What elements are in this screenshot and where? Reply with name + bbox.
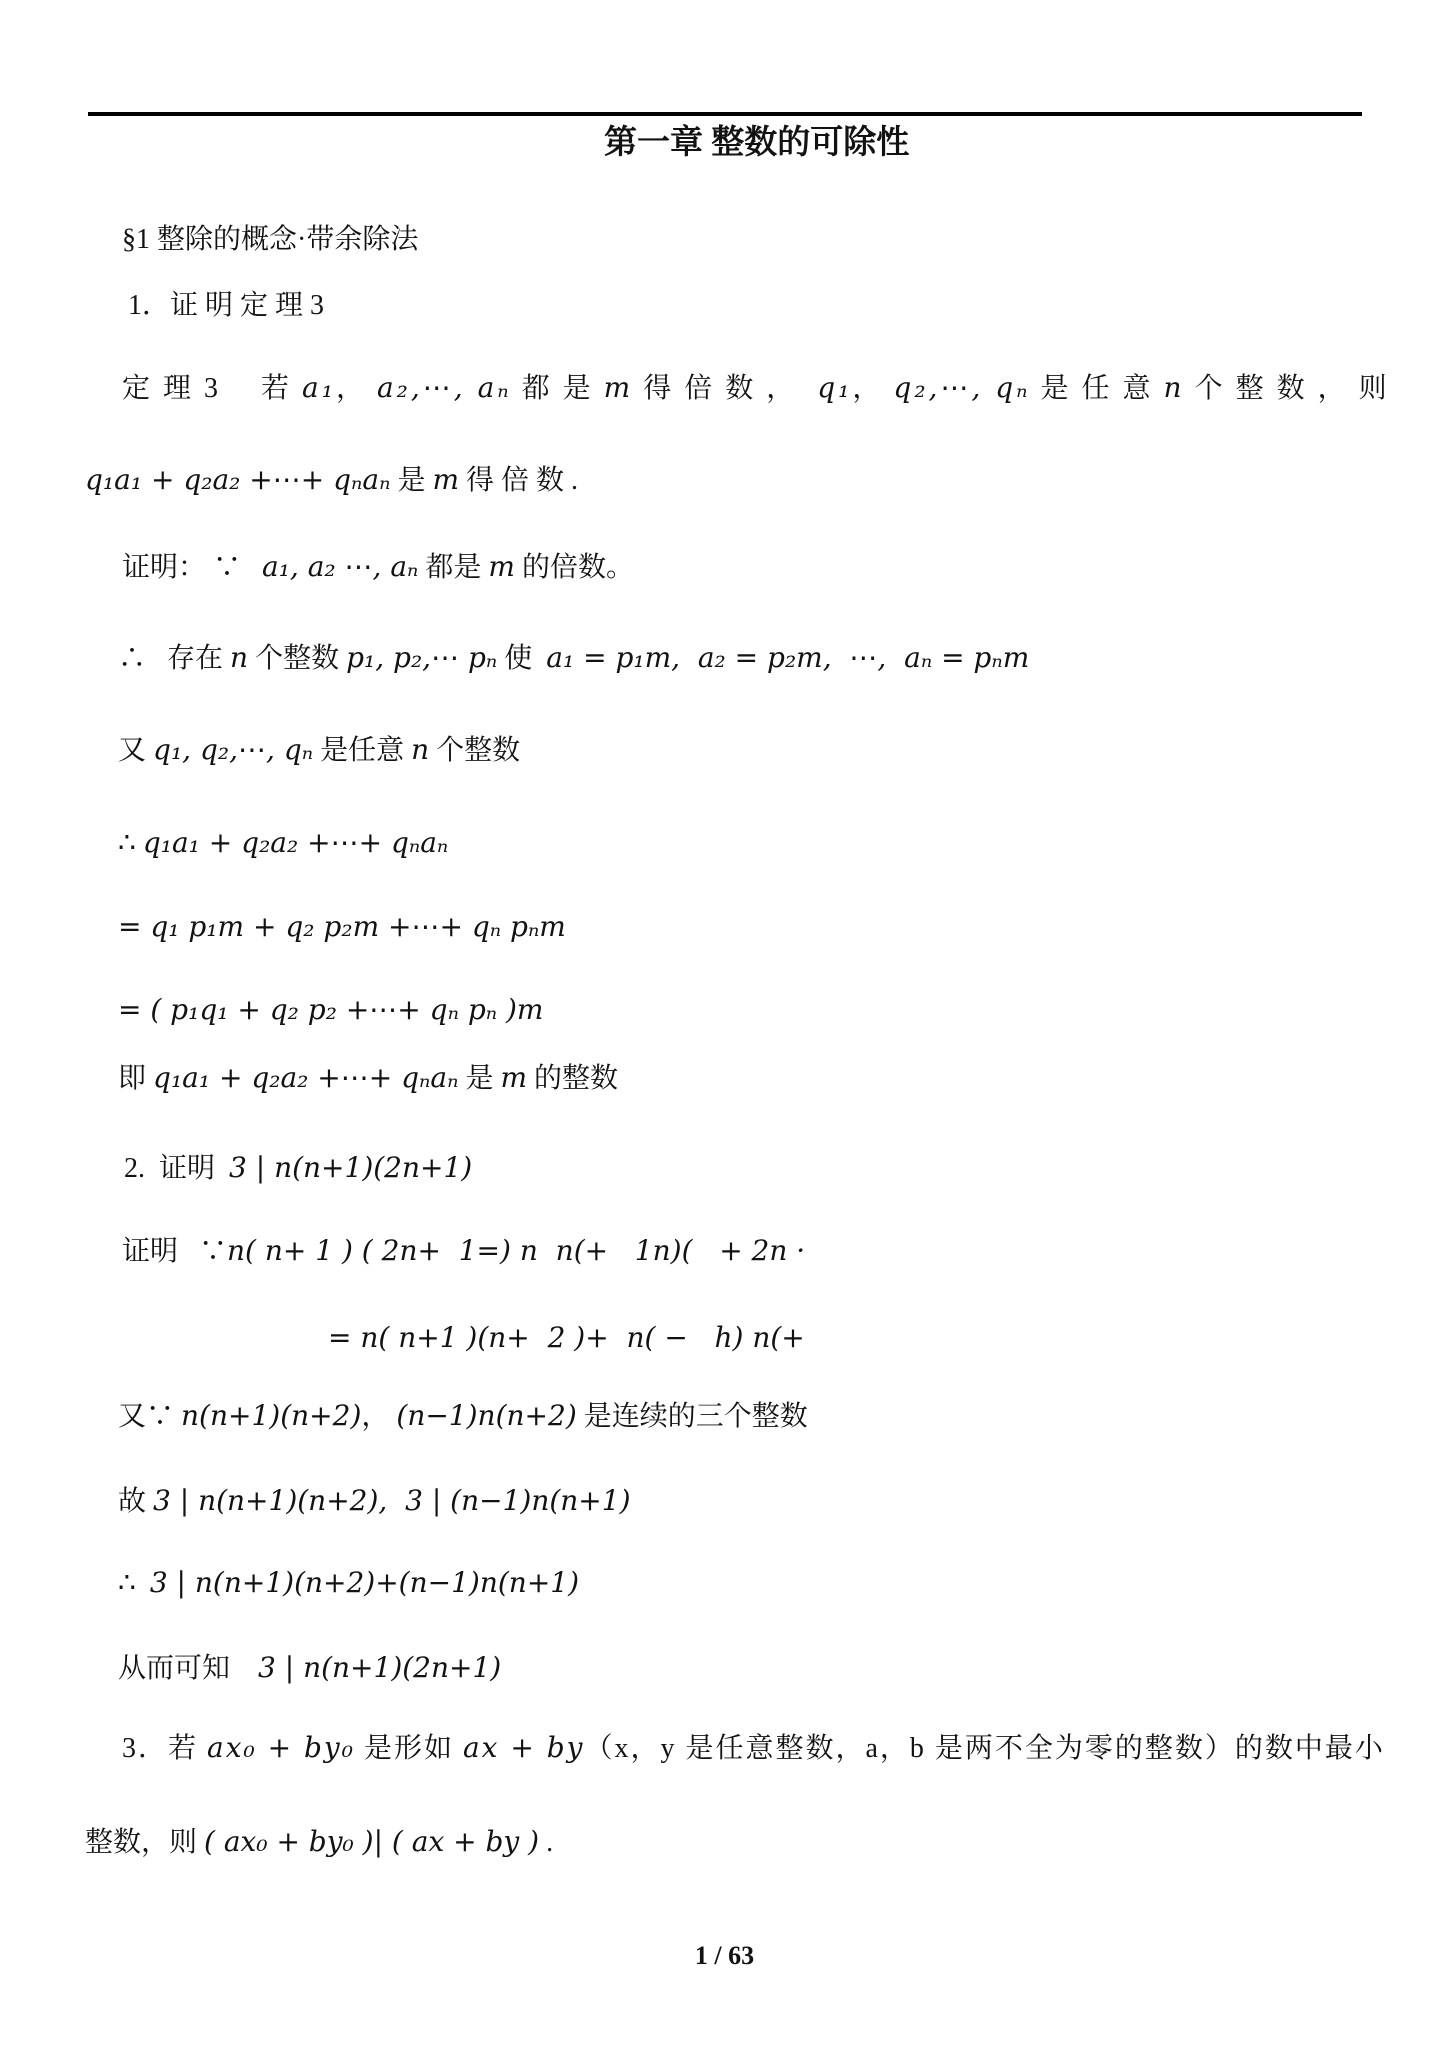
text-segment: 的整数 bbox=[527, 1063, 618, 1094]
math-segment: q₁a₁ + q₂a₂ +⋯+ qₙaₙ bbox=[143, 826, 448, 859]
math-segment: m bbox=[500, 1061, 527, 1094]
math-segment: = q₁ p₁m + q₂ p₂m +⋯+ qₙ pₙm bbox=[118, 910, 566, 943]
text-segment: ， bbox=[852, 373, 893, 404]
math-segment: 3 | n(n+1)(2n+1) bbox=[258, 1651, 501, 1684]
math-segment: m bbox=[488, 550, 515, 583]
text-segment: 定 理 3 若 bbox=[122, 373, 302, 404]
text-segment: 的倍数。 bbox=[515, 552, 634, 583]
text-line: = n( n+1 )(n+ 2 )+ n( − h) n(+ bbox=[328, 1320, 805, 1357]
text-line: 定 理 3 若 a₁， a₂,⋯, aₙ 都 是 m 得 倍 数 ， q₁， q… bbox=[122, 370, 1390, 407]
page-number: 1 / 63 bbox=[0, 1941, 1449, 1971]
text-line: §1 整除的概念·带余除法 bbox=[122, 222, 418, 258]
text-segment: 个整数 bbox=[248, 643, 346, 674]
text-line: 2. 证明 3 | n(n+1)(2n+1) bbox=[124, 1150, 472, 1187]
text-segment: （x，y 是任意整数，a，b 是两不全为零的整数）的数中最小 bbox=[584, 1733, 1384, 1764]
text-segment: 是 bbox=[458, 1063, 500, 1094]
text-line: 证明 ∵n( n+ 1 ) ( 2n+ 1=) n n(+ 1n)( + 2n … bbox=[122, 1233, 805, 1270]
text-segment: 得 倍 数 ， bbox=[633, 373, 817, 404]
text-line: 从而可知 3 | n(n+1)(2n+1) bbox=[118, 1650, 501, 1687]
text-segment: 个整数 bbox=[429, 735, 520, 766]
math-segment: (n−1)n(n+2) bbox=[396, 1399, 576, 1432]
text-segment: 3．若 bbox=[122, 1733, 207, 1764]
text-segment: ∴ bbox=[118, 828, 143, 859]
math-segment: q₁a₁ + q₂a₂ +⋯+ qₙaₙ bbox=[153, 1061, 458, 1094]
math-segment: q₁a₁ + q₂a₂ +⋯+ qₙaₙ bbox=[85, 463, 390, 496]
text-segment: 使 bbox=[497, 643, 546, 674]
text-segment: 从而可知 bbox=[118, 1653, 258, 1684]
text-segment: 证明 ∵ bbox=[122, 1236, 227, 1267]
text-segment: 都是 bbox=[418, 552, 488, 583]
text-segment: 证明： ∵ bbox=[122, 552, 262, 583]
text-line: ∴ 存在 n 个整数 p₁, p₂,⋯ pₙ 使 a₁ = p₁m, a₂ = … bbox=[118, 640, 1029, 677]
text-line: 1．证 明 定 理 3 bbox=[128, 288, 324, 324]
text-segment: ∴ 存在 bbox=[118, 643, 230, 674]
text-segment: 得 倍 数 . bbox=[459, 465, 578, 496]
text-segment: 是任意 bbox=[313, 735, 411, 766]
math-segment: p₁, p₂,⋯ pₙ bbox=[346, 641, 497, 674]
math-segment: ( ax₀ + by₀ )| ( ax + by ) bbox=[204, 1825, 539, 1858]
math-segment: ax + by bbox=[463, 1731, 585, 1764]
math-segment: q₁ bbox=[817, 371, 852, 404]
math-segment: n bbox=[230, 641, 248, 674]
text-segment: 故 bbox=[118, 1486, 153, 1517]
math-segment: 3 | n(n+1)(n+2)+(n−1)n(n+1) bbox=[150, 1566, 579, 1599]
text-line: 3．若 ax₀ + by₀ 是形如 ax + by（x，y 是任意整数，a，b … bbox=[122, 1730, 1385, 1767]
text-line: 整数，则 ( ax₀ + by₀ )| ( ax + by ) . bbox=[85, 1824, 553, 1861]
math-segment: 3 | n(n+1)(n+2), 3 | (n−1)n(n+1) bbox=[153, 1484, 631, 1517]
text-segment: ∴ bbox=[118, 1568, 150, 1599]
math-segment: ax₀ + by₀ bbox=[207, 1731, 355, 1764]
text-line: = ( p₁q₁ + q₂ p₂ +⋯+ qₙ pₙ )m bbox=[118, 992, 543, 1029]
math-segment: a₁ bbox=[302, 371, 336, 404]
text-segment: §1 整除的概念·带余除法 bbox=[122, 224, 418, 255]
text-segment: ， bbox=[336, 373, 377, 404]
math-segment: n bbox=[1164, 371, 1185, 404]
math-segment: a₁ = p₁m, a₂ = p₂m, ⋯, aₙ = pₙm bbox=[546, 641, 1029, 674]
math-segment: q₂,⋯, qₙ bbox=[893, 371, 1030, 404]
text-segment: . bbox=[539, 1827, 553, 1858]
math-segment: q₁, q₂,⋯, qₙ bbox=[153, 733, 313, 766]
text-line: 证明： ∵ a₁, a₂ ⋯, aₙ 都是 m 的倍数。 bbox=[122, 549, 634, 586]
text-segment: 是 任 意 bbox=[1031, 373, 1164, 404]
text-segment: 2. 证明 bbox=[124, 1153, 229, 1184]
math-segment: a₁, a₂ ⋯, aₙ bbox=[262, 550, 418, 583]
math-segment: m bbox=[432, 463, 459, 496]
text-segment: 是连续的三个整数 bbox=[577, 1401, 808, 1432]
text-line: 即 q₁a₁ + q₂a₂ +⋯+ qₙaₙ 是 m 的整数 bbox=[118, 1060, 618, 1097]
text-segment: 即 bbox=[118, 1063, 153, 1094]
text-segment: 又 bbox=[118, 735, 153, 766]
text-segment: 个 整 数 ， 则 bbox=[1185, 373, 1390, 404]
text-segment: 都 是 bbox=[512, 373, 604, 404]
text-line: 又 q₁, q₂,⋯, qₙ 是任意 n 个整数 bbox=[118, 732, 520, 769]
text-segment: 整数，则 bbox=[85, 1827, 204, 1858]
text-line: ∴ 3 | n(n+1)(n+2)+(n−1)n(n+1) bbox=[118, 1565, 579, 1602]
math-segment: = ( p₁q₁ + q₂ p₂ +⋯+ qₙ pₙ )m bbox=[118, 993, 543, 1026]
text-segment: 是形如 bbox=[355, 1733, 463, 1764]
text-line: = q₁ p₁m + q₂ p₂m +⋯+ qₙ pₙm bbox=[118, 909, 566, 946]
math-segment: m bbox=[604, 371, 634, 404]
document-page: 第一章 整数的可除性 §1 整除的概念·带余除法1．证 明 定 理 3定 理 3… bbox=[0, 0, 1449, 2048]
text-segment: 是 bbox=[390, 465, 432, 496]
text-line: 又∵ n(n+1)(n+2)， (n−1)n(n+2) 是连续的三个整数 bbox=[118, 1398, 808, 1435]
text-line: ∴ q₁a₁ + q₂a₂ +⋯+ qₙaₙ bbox=[118, 825, 448, 862]
math-segment: = n( n+1 )(n+ 2 )+ n( − h) n(+ bbox=[328, 1321, 805, 1354]
math-segment: 3 | n(n+1)(2n+1) bbox=[229, 1151, 472, 1184]
text-segment: 又∵ bbox=[118, 1401, 181, 1432]
math-segment: n( n+ 1 ) ( 2n+ 1=) n n(+ 1n)( + 2n · bbox=[227, 1234, 805, 1267]
text-line: 故 3 | n(n+1)(n+2), 3 | (n−1)n(n+1) bbox=[118, 1483, 631, 1520]
math-segment: a₂,⋯, aₙ bbox=[377, 371, 512, 404]
text-line: q₁a₁ + q₂a₂ +⋯+ qₙaₙ 是 m 得 倍 数 . bbox=[85, 462, 578, 499]
math-segment: n(n+1)(n+2) bbox=[181, 1399, 361, 1432]
text-segment: ， bbox=[361, 1401, 396, 1432]
page-title: 第一章 整数的可除性 bbox=[604, 116, 909, 163]
math-segment: n bbox=[411, 733, 429, 766]
text-segment: 1．证 明 定 理 3 bbox=[128, 290, 324, 321]
